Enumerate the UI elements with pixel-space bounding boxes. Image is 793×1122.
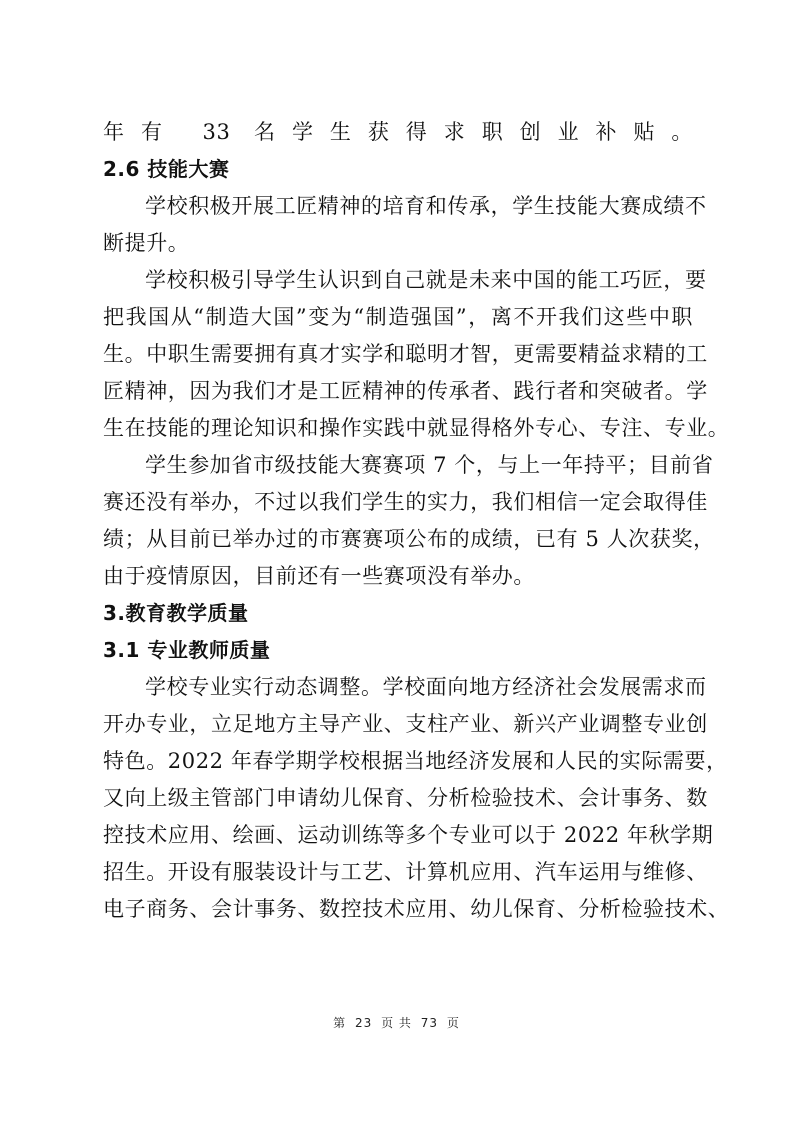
- paragraph-line: 匠精神，因为我们才是工匠精神的传承者、践行者和突破者。学: [103, 373, 693, 410]
- paragraph-line: 绩；从目前已举办过的市赛赛项公布的成绩，已有 5 人次获奖，: [103, 521, 693, 558]
- paragraph-line: 学校专业实行动态调整。学校面向地方经济社会发展需求而: [103, 669, 693, 706]
- paragraph-line: 特色。2022 年春学期学校根据当地经济发展和人民的实际需要，: [103, 743, 693, 780]
- section-heading-2-6: 2.6 技能大赛: [103, 151, 693, 188]
- paragraph-line: 由于疫情原因，目前还有一些赛项没有举办。: [103, 558, 693, 595]
- section-heading-3: 3.教育教学质量: [103, 595, 693, 632]
- footer-prefix: 第: [333, 1016, 346, 1030]
- page-number-footer: 第 23 页 共 73 页: [0, 1014, 793, 1031]
- paragraph-line: 年有 33 名学生获得求职创业补贴。: [103, 114, 693, 151]
- paragraph-line: 电子商务、会计事务、数控技术应用、幼儿保育、分析检验技术、: [103, 891, 693, 928]
- paragraph-line: 学校积极开展工匠精神的培育和传承，学生技能大赛成绩不: [103, 188, 693, 225]
- footer-middle: 页 共: [381, 1016, 412, 1030]
- paragraph-line: 学校积极引导学生认识到自己就是未来中国的能工巧匠，要: [103, 262, 693, 299]
- document-body: 年有 33 名学生获得求职创业补贴。 2.6 技能大赛 学校积极开展工匠精神的培…: [103, 114, 693, 928]
- total-page-count: 73: [421, 1016, 438, 1030]
- paragraph-line: 招生。开设有服装设计与工艺、计算机应用、汽车运用与维修、: [103, 854, 693, 891]
- paragraph-line: 把我国从“制造大国”变为“制造强国”，离不开我们这些中职: [103, 299, 693, 336]
- paragraph-line: 生。中职生需要拥有真才实学和聪明才智，更需要精益求精的工: [103, 336, 693, 373]
- paragraph-line: 学生参加省市级技能大赛赛项 7 个，与上一年持平；目前省: [103, 447, 693, 484]
- paragraph-line: 生在技能的理论知识和操作实践中就显得格外专心、专注、专业。: [103, 410, 693, 447]
- footer-suffix: 页: [447, 1016, 460, 1030]
- paragraph-line: 又向上级主管部门申请幼儿保育、分析检验技术、会计事务、数: [103, 780, 693, 817]
- paragraph-line: 断提升。: [103, 225, 693, 262]
- paragraph-line: 控技术应用、绘画、运动训练等多个专业可以于 2022 年秋学期: [103, 817, 693, 854]
- current-page-number: 23: [355, 1016, 372, 1030]
- paragraph-line: 赛还没有举办，不过以我们学生的实力，我们相信一定会取得佳: [103, 484, 693, 521]
- paragraph-line: 开办专业，立足地方主导产业、支柱产业、新兴产业调整专业创: [103, 706, 693, 743]
- section-heading-3-1: 3.1 专业教师质量: [103, 632, 693, 669]
